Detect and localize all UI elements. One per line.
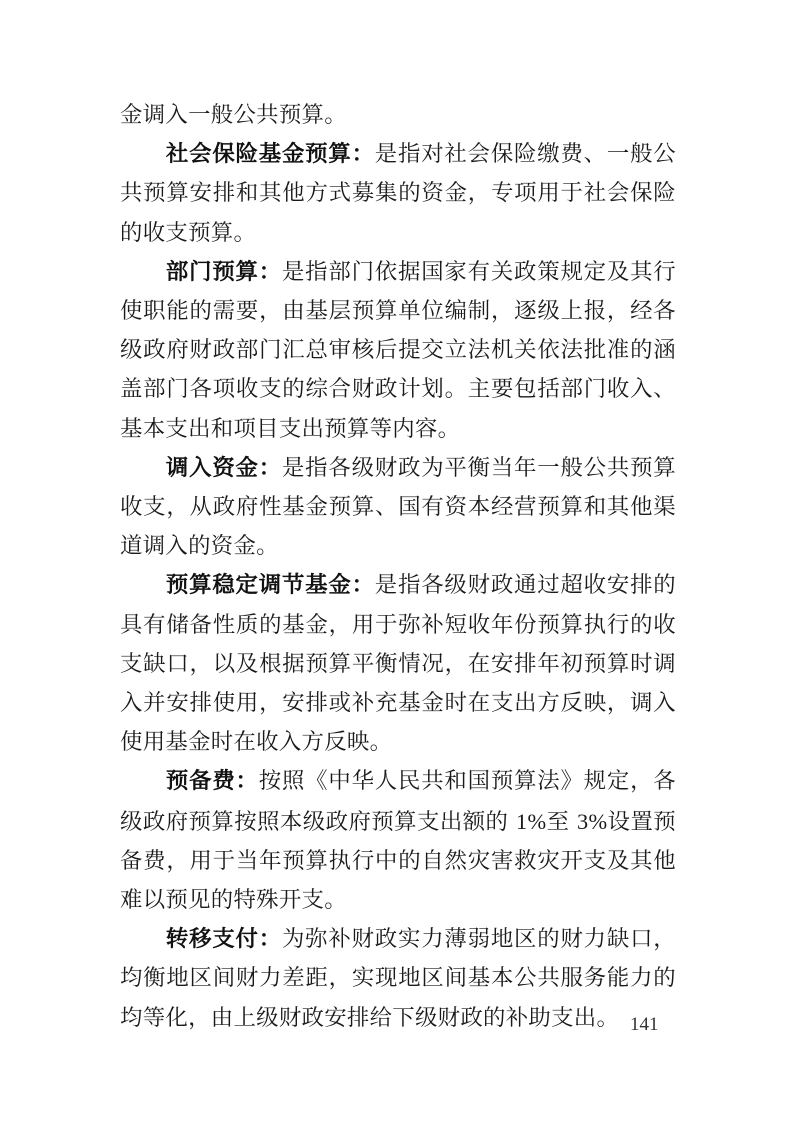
page-number: 141 xyxy=(630,1014,659,1036)
entry-social-insurance-fund-budget: 社会保险基金预算：是指对社会保险缴费、一般公共预算安排和其他方式募集的资金，专项… xyxy=(120,135,676,253)
entry-definition: 是指部门依据国家有关政策规定及其行使职能的需要，由基层预算单位编制，逐级上报，经… xyxy=(120,259,676,442)
entry-definition-part: 至 xyxy=(546,809,577,835)
entry-term: 社会保险基金预算： xyxy=(166,141,375,167)
entry-reserve-fund: 预备费：按照《中华人民共和国预算法》规定，各级政府预算按照本级政府预算支出额的 … xyxy=(120,762,676,920)
document-page: 金调入一般公共预算。 社会保险基金预算：是指对社会保险缴费、一般公共预算安排和其… xyxy=(120,96,676,1038)
entry-term: 预算稳定调节基金： xyxy=(166,572,375,598)
percent-max: 3% xyxy=(577,809,607,834)
entry-term: 调入资金： xyxy=(166,455,282,481)
entry-term: 预备费： xyxy=(166,768,259,794)
percent-min: 1% xyxy=(516,809,546,834)
entry-budget-stabilization-fund: 预算稳定调节基金：是指各级财政通过超收安排的具有储备性质的基金，用于弥补短收年份… xyxy=(120,566,676,762)
entry-transferred-funds: 调入资金：是指各级财政为平衡当年一般公共预算收支，从政府性基金预算、国有资本经营… xyxy=(120,449,676,567)
continuation-paragraph: 金调入一般公共预算。 xyxy=(120,96,676,135)
entry-transfer-payment: 转移支付：为弥补财政实力薄弱地区的财力缺口，均衡地区间财力差距，实现地区间基本公… xyxy=(120,920,676,1038)
entry-definition: 是指各级财政通过超收安排的具有储备性质的基金，用于弥补短收年份预算执行的收支缺口… xyxy=(120,572,676,755)
entry-term: 部门预算： xyxy=(166,259,282,285)
entry-department-budget: 部门预算：是指部门依据国家有关政策规定及其行使职能的需要，由基层预算单位编制，逐… xyxy=(120,253,676,449)
entry-term: 转移支付： xyxy=(166,926,282,952)
